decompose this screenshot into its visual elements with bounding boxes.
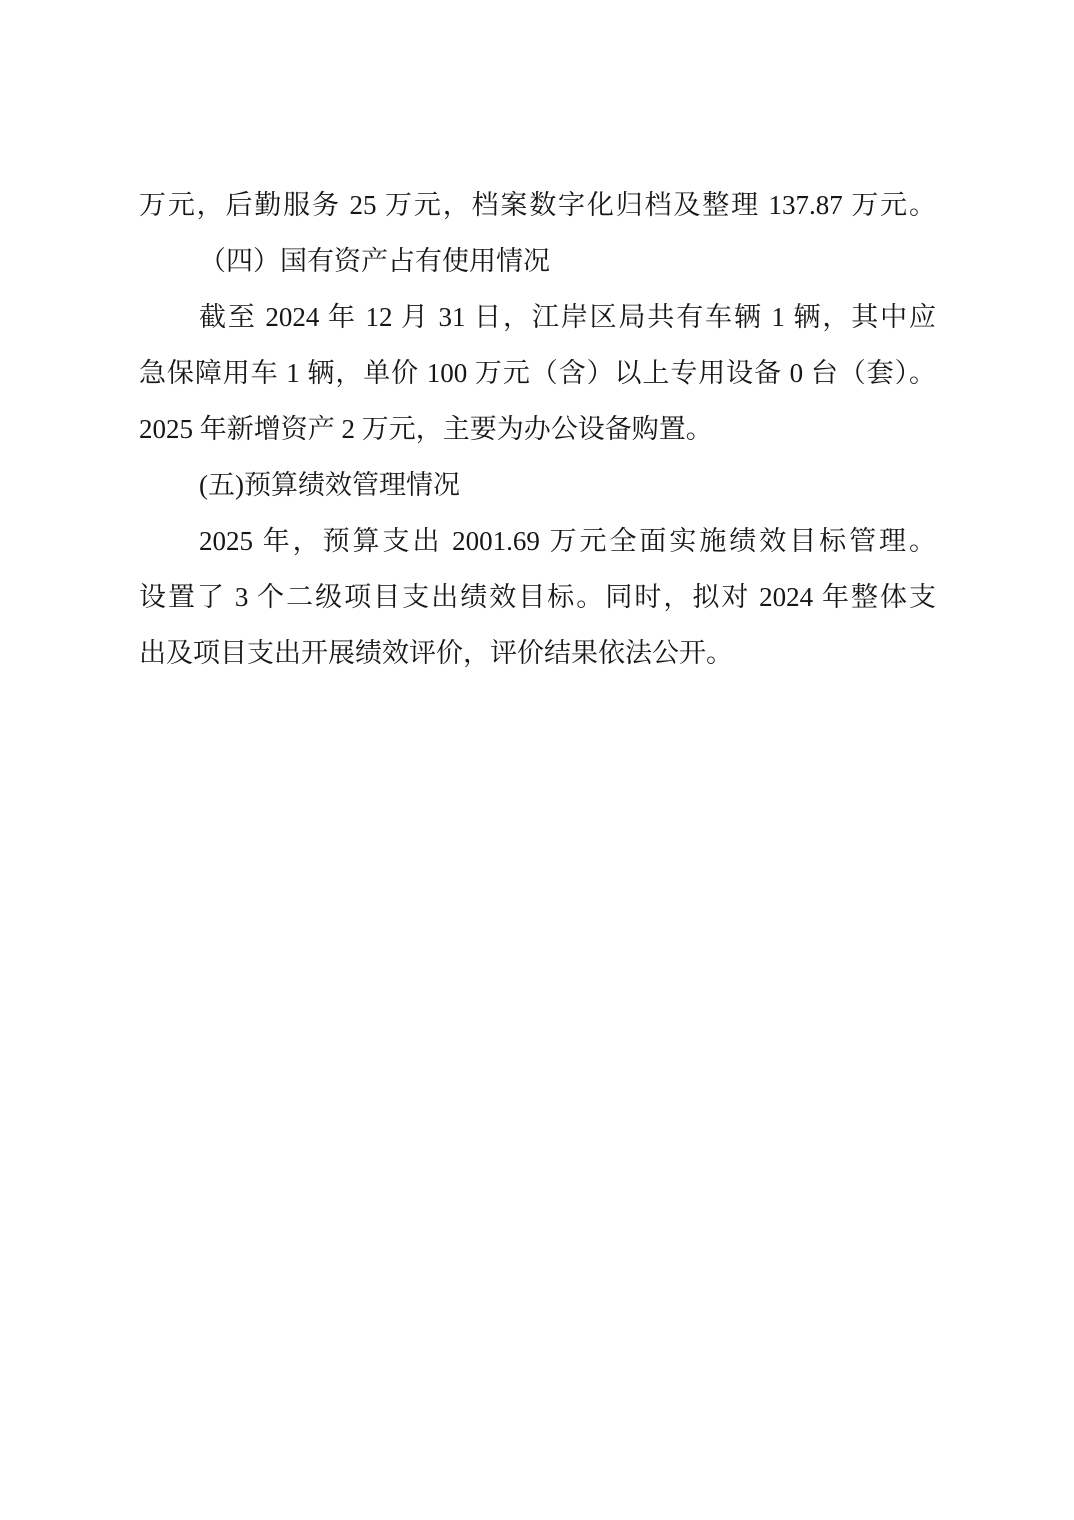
- text-line: 急保障用车 1 辆，单价 100 万元（含）以上专用设备 0 台（套）。: [139, 345, 936, 401]
- text-line: 2025 年新增资产 2 万元，主要为办公设备购置。: [139, 401, 936, 457]
- text-line: 2025 年，预算支出 2001.69 万元全面实施绩效目标管理。: [139, 513, 936, 569]
- text-line: 万元，后勤服务 25 万元，档案数字化归档及整理 137.87 万元。: [139, 177, 936, 233]
- document-text-block: 万元，后勤服务 25 万元，档案数字化归档及整理 137.87 万元。 （四）国…: [139, 177, 936, 681]
- document-page: 万元，后勤服务 25 万元，档案数字化归档及整理 137.87 万元。 （四）国…: [0, 0, 1074, 1520]
- text-line: 出及项目支出开展绩效评价，评价结果依法公开。: [139, 625, 936, 681]
- text-line: 设置了 3 个二级项目支出绩效目标。同时，拟对 2024 年整体支: [139, 569, 936, 625]
- section-heading-four: （四）国有资产占有使用情况: [139, 233, 936, 289]
- text-line: 截至 2024 年 12 月 31 日，江岸区局共有车辆 1 辆，其中应: [139, 289, 936, 345]
- section-heading-five: (五)预算绩效管理情况: [139, 457, 936, 513]
